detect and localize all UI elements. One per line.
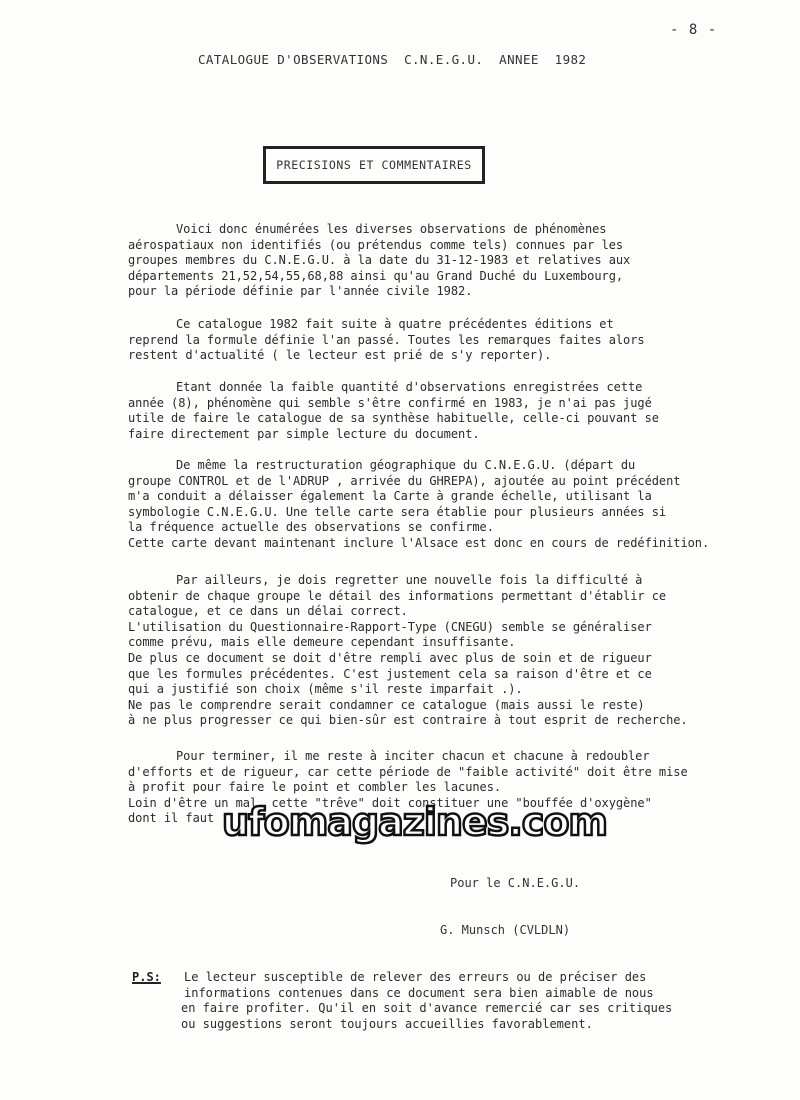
text-line: Etant donnée la faible quantité d'observ… [128, 380, 659, 396]
text-line: comme prévu, mais elle demeure cependant… [128, 635, 688, 651]
text-line: qui a justifié son choix (même s'il rest… [128, 682, 688, 698]
paragraph-restructuring: De même la restructuration géographique … [128, 458, 709, 552]
text-line: reprend la formule définie l'an passé. T… [128, 333, 645, 349]
text-line: utile de faire le catalogue de sa synthè… [128, 411, 659, 427]
text-line: De même la restructuration géographique … [128, 458, 709, 474]
paragraph-catalogue: Ce catalogue 1982 fait suite à quatre pr… [128, 317, 645, 364]
text-line: Pour terminer, il me reste à inciter cha… [128, 749, 688, 765]
section-title: PRECISIONS ET COMMENTAIRES [276, 158, 472, 172]
text-line: Par ailleurs, je dois regretter une nouv… [128, 573, 688, 589]
postscript-label: P.S: [132, 970, 161, 984]
text-line: la fréquence actuelle des observations s… [128, 520, 709, 536]
text-line: groupe CONTROL et de l'ADRUP , arrivée d… [128, 474, 709, 490]
text-line: L'utilisation du Questionnaire-Rapport-T… [128, 620, 688, 636]
text-line: m'a conduit a délaisser également la Car… [128, 489, 709, 505]
text-line: Ce catalogue 1982 fait suite à quatre pr… [128, 317, 645, 333]
text-line: que les formules précédentes. C'est just… [128, 667, 688, 683]
text-line: faire directement par simple lecture du … [128, 427, 659, 443]
text-line: d'efforts et de rigueur, car cette pério… [128, 765, 688, 781]
text-line: à profit pour faire le point et combler … [128, 780, 688, 796]
text-line: en faire profiter. Qu'il en soit d'avanc… [181, 1001, 672, 1017]
text-line: De plus ce document se doit d'être rempl… [128, 651, 688, 667]
text-line: Cette carte devant maintenant inclure l'… [128, 536, 709, 552]
text-line: Voici donc énumérées les diverses observ… [128, 222, 630, 238]
watermark: ufomagazines.com [222, 800, 607, 844]
text-line: aérospatiaux non identifiés (ou prétendu… [128, 238, 630, 254]
text-line: à ne plus progresser ce qui bien-sûr est… [128, 713, 688, 729]
document-header: CATALOGUE D'OBSERVATIONS C.N.E.G.U. ANNE… [198, 52, 586, 67]
text-line: Le lecteur susceptible de relever des er… [184, 970, 672, 986]
text-line: ou suggestions seront toujours accueilli… [181, 1017, 672, 1033]
section-title-box: PRECISIONS ET COMMENTAIRES [263, 146, 485, 184]
text-line: pour la période définie par l'année civi… [128, 284, 630, 300]
postscript-body: Le lecteur susceptible de relever des er… [184, 970, 672, 1032]
text-line: départements 21,52,54,55,68,88 ainsi qu'… [128, 269, 630, 285]
signature-for-line: Pour le C.N.E.G.U. [450, 876, 580, 890]
text-line: symbologie C.N.E.G.U. Une telle carte se… [128, 505, 709, 521]
text-line: année (8), phénomène qui semble s'être c… [128, 396, 659, 412]
page-number: - 8 - [670, 22, 717, 38]
paragraph-intro: Voici donc énumérées les diverses observ… [128, 222, 630, 300]
text-line: obtenir de chaque groupe le détail des i… [128, 589, 688, 605]
text-line: restent d'actualité ( le lecteur est pri… [128, 348, 645, 364]
text-line: catalogue, et ce dans un délai correct. [128, 604, 688, 620]
paragraph-quantity: Etant donnée la faible quantité d'observ… [128, 380, 659, 442]
text-line: informations contenues dans ce document … [184, 986, 672, 1002]
text-line: groupes membres du C.N.E.G.U. à la date … [128, 253, 630, 269]
signature-author: G. Munsch (CVLDLN) [440, 923, 570, 937]
text-line: Ne pas le comprendre serait condamner ce… [128, 698, 688, 714]
paragraph-difficulty: Par ailleurs, je dois regretter une nouv… [128, 573, 688, 729]
